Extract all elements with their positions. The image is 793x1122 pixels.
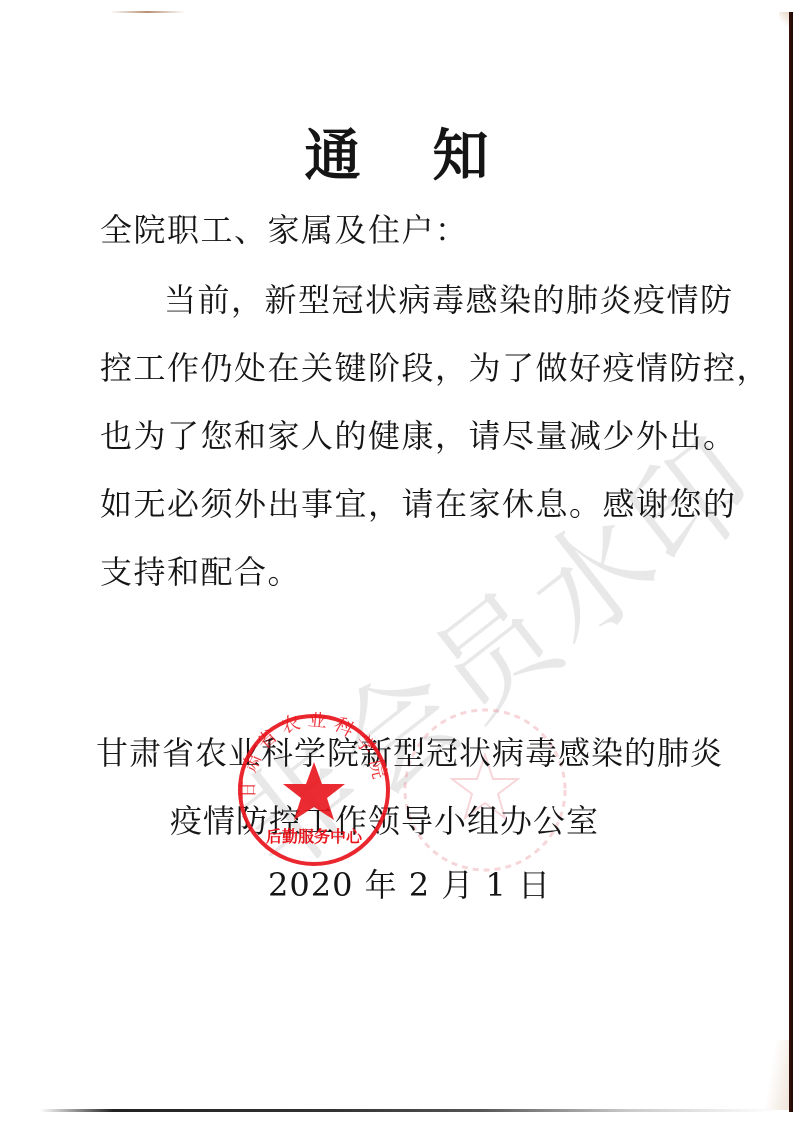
star-icon (283, 762, 345, 820)
stamp-bottom-text: 后勤服务中心 (266, 827, 363, 846)
signature-org-line-1: 甘肃省农业科学院新型冠状病毒感染的肺炎 (96, 728, 723, 774)
salutation: 全院职工、家属及住户： (100, 200, 720, 260)
body-line: 如无必须外出事宜，请在家休息。感谢您的 (100, 470, 720, 538)
paper-bottom-shade (759, 1040, 789, 1110)
paper-bottom-edge (40, 1109, 775, 1112)
official-red-stamp: 甘肃省农业科学院 后勤服务中心 (236, 712, 392, 868)
body-line: 控工作仍处在关键阶段，为了做好疫情防控， (100, 334, 720, 402)
paper-corner-fold (779, 12, 789, 28)
document-title: 通知 (0, 112, 793, 192)
scanned-page: 非会员水印 通知 全院职工、家属及住户： 当前，新型冠状病毒感染的肺炎疫情防 控… (0, 0, 793, 1122)
body-line: 支持和配合。 (100, 538, 720, 606)
title-char-2: 知 (433, 112, 489, 192)
body-line: 当前，新型冠状病毒感染的肺炎疫情防 (100, 266, 720, 334)
paper-top-edge (110, 11, 185, 13)
body-line: 也为了您和家人的健康，请尽量减少外出。 (100, 402, 720, 470)
notice-body: 当前，新型冠状病毒感染的肺炎疫情防 控工作仍处在关键阶段，为了做好疫情防控， 也… (100, 266, 720, 606)
title-char-1: 通 (305, 112, 361, 192)
